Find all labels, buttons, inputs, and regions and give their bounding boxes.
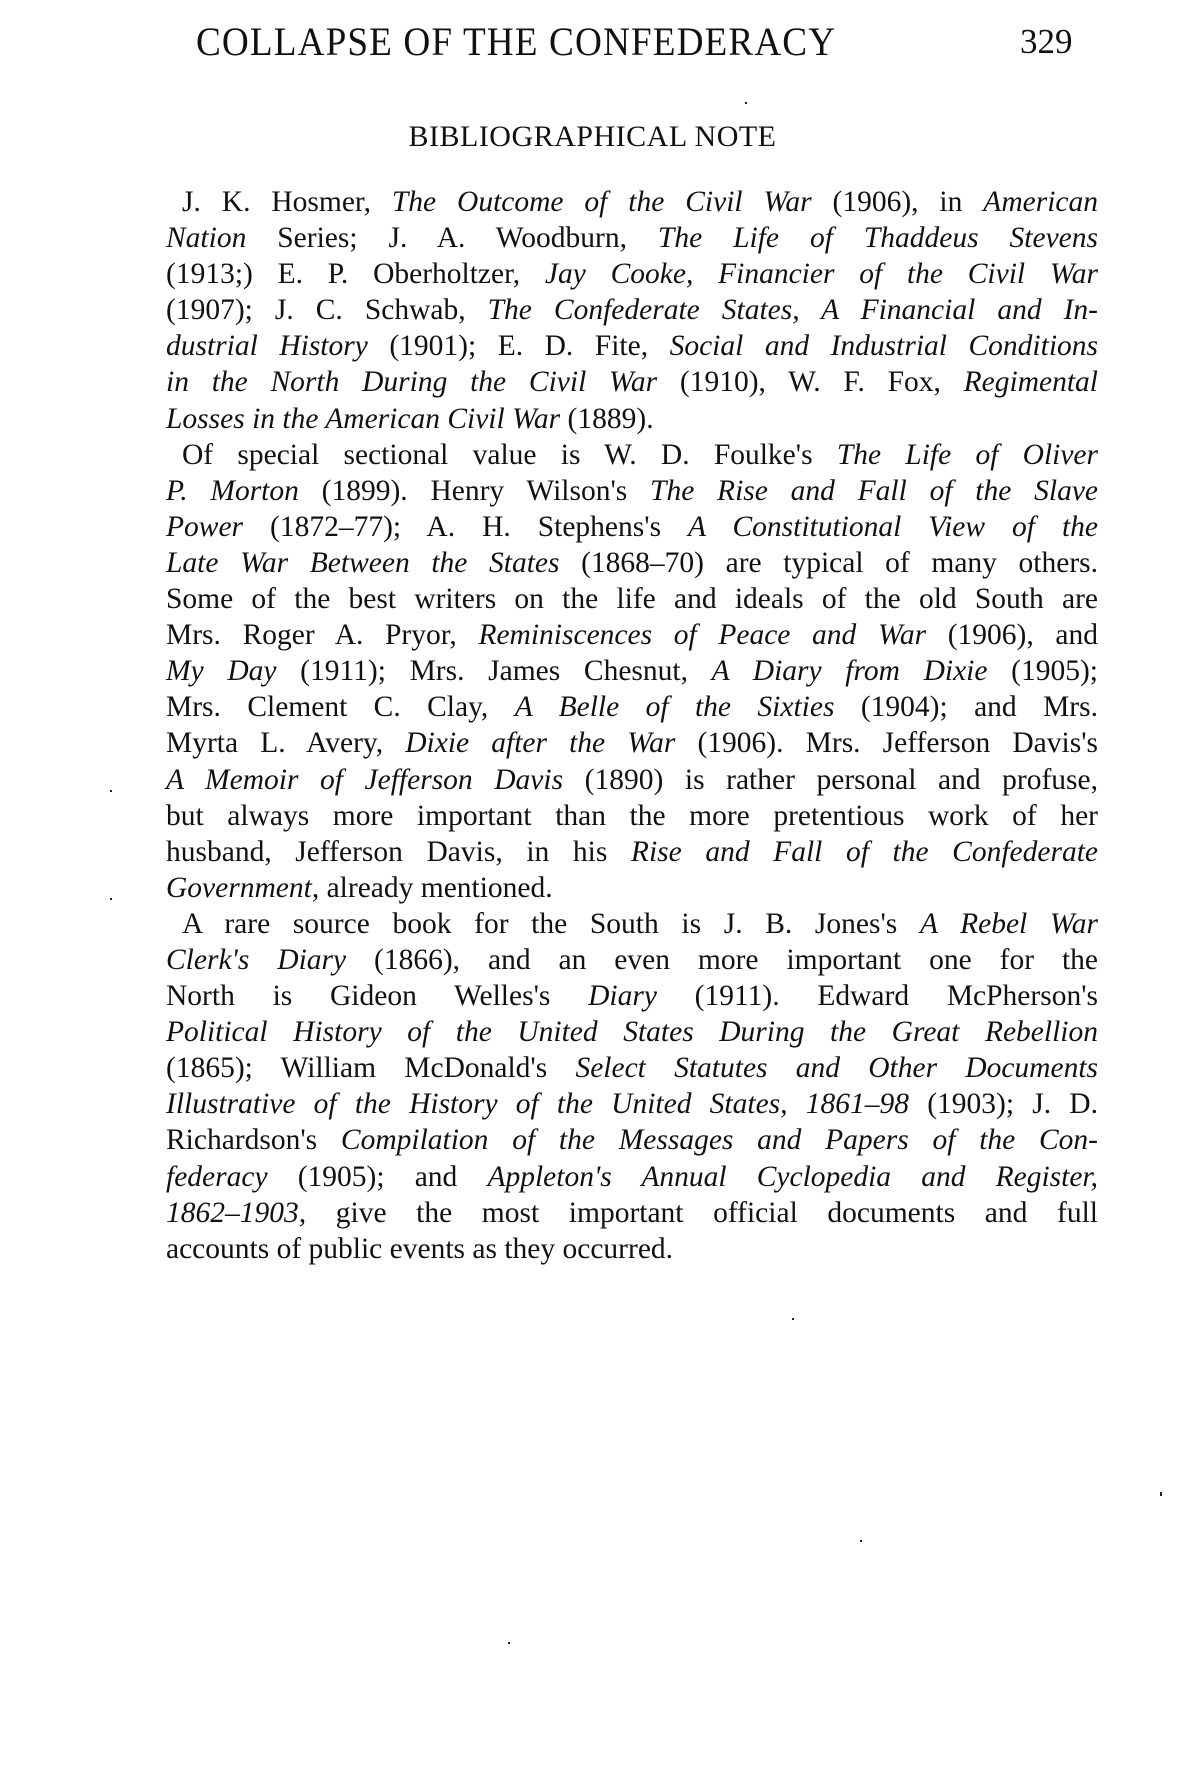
running-title: COLLAPSE OF THE CONFEDERACY	[196, 18, 836, 65]
italic-title: Select Statutes and Other Documents	[575, 1052, 1098, 1084]
italic-title: A Constitutional View of the	[688, 511, 1098, 543]
italic-title: Rise and Fall of the Confederate	[631, 836, 1098, 868]
text-line: North is Gideon Welles's Diary (1911). E…	[166, 978, 1098, 1014]
text-line: Losses in the American Civil War (1889).	[166, 401, 1098, 437]
scan-speck	[860, 1540, 862, 1542]
scan-speck	[1160, 1492, 1162, 1496]
text-run: Mrs. Roger A. Pryor,	[166, 619, 478, 651]
italic-title: Losses in the American Civil War	[166, 403, 560, 435]
italic-title: The Rise and Fall of the Slave	[650, 475, 1098, 507]
italic-title: Diary	[588, 980, 657, 1012]
text-run: (1910), W. F. Fox,	[657, 366, 964, 398]
text-run: (1890) is rather personal and profuse,	[563, 764, 1098, 796]
text-run: (1872–77); A. H. Stephens's	[243, 511, 688, 543]
italic-title: Nation	[166, 222, 246, 254]
text-run: accounts of public events as they occurr…	[166, 1233, 673, 1265]
text-line: Some of the best writers on the life and…	[166, 581, 1098, 617]
text-run: (1868–70) are typical of many others.	[559, 547, 1098, 579]
italic-title: P. Morton	[166, 475, 299, 507]
body-text: J. K. Hosmer, The Outcome of the Civil W…	[166, 184, 1098, 1267]
text-line: (1865); William McDonald's Select Statut…	[166, 1050, 1098, 1086]
text-run: Some of the best writers on the life and…	[166, 583, 1098, 615]
italic-title: Compilation of the Messages and Papers o…	[341, 1124, 1098, 1156]
text-run: J. K. Hosmer,	[182, 186, 392, 218]
text-line: federacy (1905); and Appleton's Annual C…	[166, 1159, 1098, 1195]
italic-title: Appleton's Annual Cyclopedia and Registe…	[487, 1161, 1098, 1193]
italic-title: The Confederate States, A Financial and …	[488, 294, 1098, 326]
text-line: Richardson's Compilation of the Messages…	[166, 1122, 1098, 1158]
text-run: husband, Jefferson Davis, in his	[166, 836, 631, 868]
italic-title: The Life of Oliver	[837, 439, 1098, 471]
text-line: P. Morton (1899). Henry Wilson's The Ris…	[166, 473, 1098, 509]
text-run: give the most important official documen…	[306, 1197, 1098, 1229]
text-run: (1905); and	[268, 1161, 488, 1193]
text-line: Mrs. Roger A. Pryor, Reminiscences of Pe…	[166, 617, 1098, 653]
text-line: (1907); J. C. Schwab, The Confederate St…	[166, 292, 1098, 328]
text-line: Of special sectional value is W. D. Foul…	[166, 437, 1098, 473]
text-run: (1906). Mrs. Jefferson Davis's	[675, 727, 1098, 759]
italic-title: dustrial History	[166, 330, 368, 362]
text-line: Late War Between the States (1868–70) ar…	[166, 545, 1098, 581]
text-run: Series; J. A. Woodburn,	[246, 222, 658, 254]
text-run: (1904); and Mrs.	[834, 691, 1098, 723]
text-run: (1905);	[987, 655, 1098, 687]
italic-title: Dixie after the War	[405, 727, 675, 759]
italic-title: The Outcome of the Civil War	[392, 186, 812, 218]
text-line: Mrs. Clement C. Clay, A Belle of the Six…	[166, 689, 1098, 725]
text-run: (1899). Henry Wilson's	[299, 475, 650, 507]
italic-title: Late War Between the States	[166, 547, 559, 579]
scan-speck	[110, 790, 112, 792]
text-run: (1911); Mrs. James Chesnut,	[276, 655, 711, 687]
text-line: Power (1872–77); A. H. Stephens's A Cons…	[166, 509, 1098, 545]
running-head: COLLAPSE OF THE CONFEDERACY 329	[0, 18, 1185, 78]
scan-speck	[110, 898, 112, 900]
section-heading: BIBLIOGRAPHICAL NOTE	[0, 120, 1185, 154]
text-run: Mrs. Clement C. Clay,	[166, 691, 515, 723]
text-run: North is Gideon Welles's	[166, 980, 588, 1012]
text-run: but always more important than the more …	[166, 800, 1098, 832]
text-line: Illustrative of the History of the Unite…	[166, 1086, 1098, 1122]
scan-speck	[745, 102, 747, 104]
italic-title: The Life of Thaddeus Stevens	[658, 222, 1098, 254]
text-run: (1903); J. D.	[909, 1088, 1098, 1120]
text-line: 1862–1903, give the most important offic…	[166, 1195, 1098, 1231]
italic-title: Illustrative of the History of the Unite…	[166, 1088, 909, 1120]
italic-title: My Day	[166, 655, 276, 687]
text-run: (1865); William McDonald's	[166, 1052, 575, 1084]
text-line: Political History of the United States D…	[166, 1014, 1098, 1050]
text-run: Richardson's	[166, 1124, 341, 1156]
text-line: Clerk's Diary (1866), and an even more i…	[166, 942, 1098, 978]
text-run: (1889).	[560, 403, 653, 435]
text-line: accounts of public events as they occurr…	[166, 1231, 1098, 1267]
italic-title: A Belle of the Sixties	[515, 691, 835, 723]
text-line: (1913;) E. P. Oberholtzer, Jay Cooke, Fi…	[166, 256, 1098, 292]
scan-speck	[508, 1642, 510, 1644]
italic-title: Reminiscences of Peace and War	[478, 619, 926, 651]
text-run: (1906), in	[812, 186, 984, 218]
italic-title: Clerk's Diary	[166, 944, 346, 976]
paragraph: J. K. Hosmer, The Outcome of the Civil W…	[166, 184, 1098, 437]
italic-title: A Diary from Dixie	[712, 655, 988, 687]
italic-title: A Memoir of Jefferson Davis	[166, 764, 563, 796]
text-line: J. K. Hosmer, The Outcome of the Civil W…	[166, 184, 1098, 220]
text-line: Nation Series; J. A. Woodburn, The Life …	[166, 220, 1098, 256]
text-run: (1911). Edward McPherson's	[657, 980, 1098, 1012]
text-run: A rare source book for the South is J. B…	[182, 908, 920, 940]
text-run: , already mentioned.	[312, 872, 553, 904]
text-run: (1907); J. C. Schwab,	[166, 294, 488, 326]
text-line: dustrial History (1901); E. D. Fite, Soc…	[166, 328, 1098, 364]
text-run: Of special sectional value is W. D. Foul…	[182, 439, 837, 471]
text-line: but always more important than the more …	[166, 798, 1098, 834]
text-run: (1866), and an even more important one f…	[346, 944, 1098, 976]
text-run: (1901); E. D. Fite,	[368, 330, 670, 362]
italic-title: Regimental	[964, 366, 1098, 398]
page-number: 329	[1020, 22, 1073, 62]
text-line: in the North During the Civil War (1910)…	[166, 364, 1098, 400]
paragraph: Of special sectional value is W. D. Foul…	[166, 437, 1098, 906]
text-run: (1913;) E. P. Oberholtzer,	[166, 258, 545, 290]
text-run: (1906), and	[926, 619, 1098, 651]
italic-title: Social and Industrial Conditions	[670, 330, 1098, 362]
text-line: Government, already mentioned.	[166, 870, 1098, 906]
text-line: Myrta L. Avery, Dixie after the War (190…	[166, 725, 1098, 761]
text-run: Myrta L. Avery,	[166, 727, 405, 759]
italic-title: Political History of the United States D…	[166, 1016, 1098, 1048]
text-line: My Day (1911); Mrs. James Chesnut, A Dia…	[166, 653, 1098, 689]
italic-title: 1862–1903,	[166, 1197, 306, 1229]
italic-title: American	[983, 186, 1098, 218]
italic-title: Government	[166, 872, 312, 904]
italic-title: A Rebel War	[920, 908, 1098, 940]
italic-title: Power	[166, 511, 243, 543]
paragraph: A rare source book for the South is J. B…	[166, 906, 1098, 1267]
text-line: A rare source book for the South is J. B…	[166, 906, 1098, 942]
italic-title: federacy	[166, 1161, 268, 1193]
text-line: husband, Jefferson Davis, in his Rise an…	[166, 834, 1098, 870]
italic-title: in the North During the Civil War	[166, 366, 657, 398]
italic-title: Jay Cooke, Financier of the Civil War	[545, 258, 1098, 290]
scan-speck	[792, 1318, 794, 1320]
text-line: A Memoir of Jefferson Davis (1890) is ra…	[166, 762, 1098, 798]
